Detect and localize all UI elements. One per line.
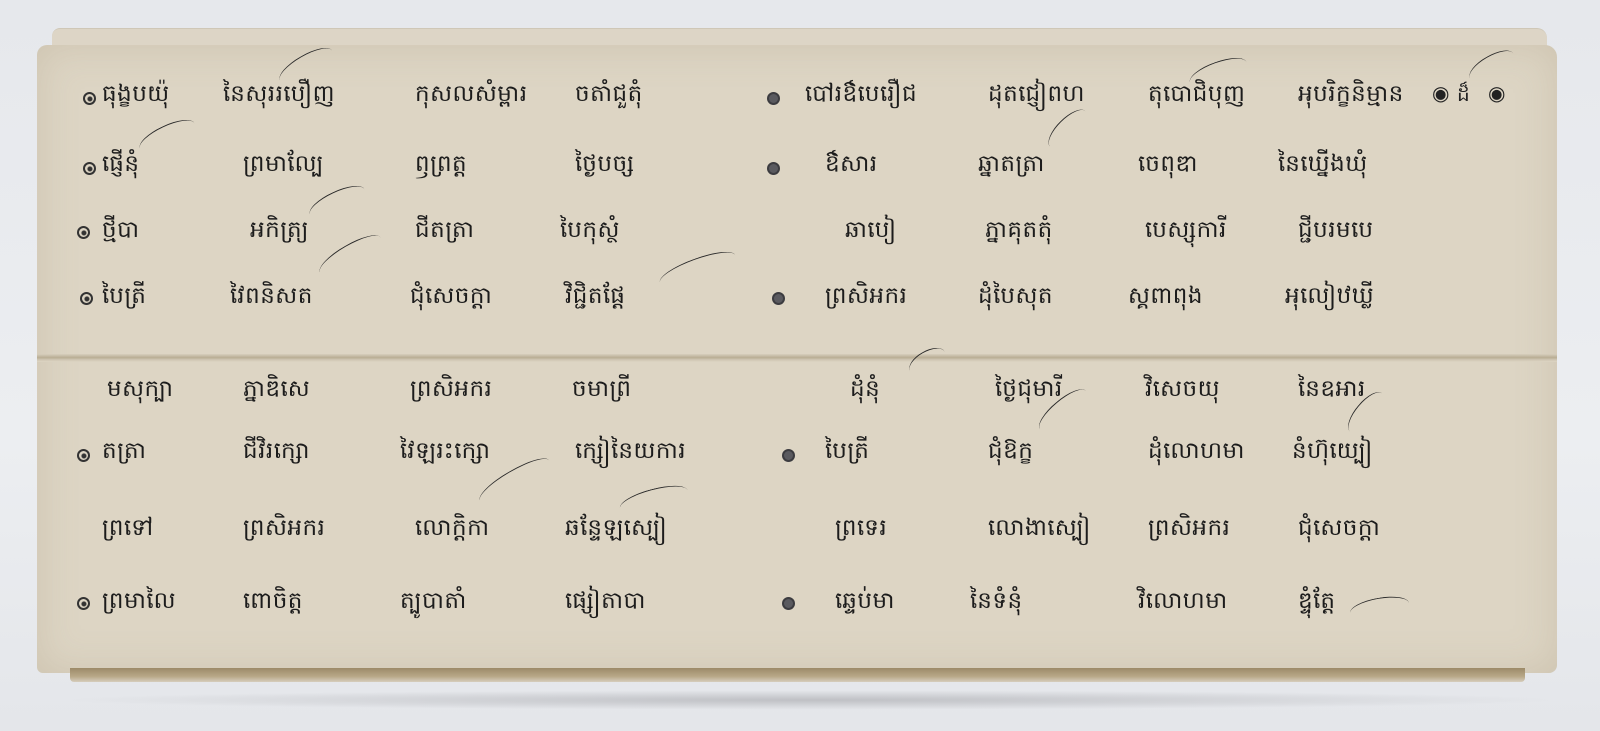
top-panel: ធុង្ខបយ៉ុ នៃសុររបឿញ កុសលសំម្ពារ ចតាំជួតុ…: [60, 58, 1540, 350]
manuscript-word: ក្សៀនៃយការ: [575, 437, 686, 470]
filled-bullet-icon: [767, 162, 780, 175]
manuscript-word: ឆាបៀ: [845, 216, 897, 249]
manuscript-word: ជីតត្រា: [415, 216, 474, 249]
manuscript-word: ជ្ជីបរមបេ: [1298, 216, 1374, 249]
ink-flourish: [1348, 593, 1411, 624]
manuscript-word: ចមាព្រី: [572, 375, 631, 408]
book-bottom-edge: [70, 668, 1525, 682]
manuscript-word: កុសលសំម្ពារ: [415, 80, 528, 113]
hollow-bullet-icon: [80, 292, 93, 305]
manuscript-word: មសុក្បា: [107, 375, 173, 408]
manuscript-word: ធុង្ខបយ៉ុ: [102, 80, 170, 113]
manuscript-word: ដុតជ្ញៀពហ: [988, 80, 1085, 113]
manuscript-word: ភ្នាគុតតុំ: [985, 216, 1053, 249]
table-shadow: [60, 690, 1560, 710]
manuscript-word: ដុំនុំ: [850, 375, 880, 408]
manuscript-word: ព្រសិអករ: [1148, 514, 1230, 547]
manuscript-word: ជុំសេចក្ដា: [410, 282, 492, 315]
manuscript-word: នៃសុររបឿញ: [223, 80, 335, 113]
manuscript-word: ជីវិរក្សោ: [243, 437, 310, 470]
manuscript-word: ដុំបៃសុត: [978, 282, 1053, 315]
filled-bullet-icon: [782, 597, 795, 610]
manuscript-word: ផ្ញើនុំ: [102, 150, 140, 183]
manuscript-word: ឭព្រត្ត: [415, 150, 467, 183]
manuscript-word: បេស្សុការី: [1145, 216, 1227, 249]
manuscript-word: ឌ្ទុំត្ដែ: [1298, 587, 1336, 620]
manuscript-word: វៃពនិសត: [230, 282, 313, 315]
manuscript-word: ព្រសិអករ: [243, 514, 325, 547]
circle-mark-icon: ◉: [1432, 81, 1449, 105]
text-row: ព្រទៅ ព្រសិអករ លោក្តិកា ឆន្ទែឡស្បៀ ព្រទេ…: [60, 510, 1540, 570]
text-row: មសុក្បា ភ្នាឌិសេ ព្រសិអករ ចមាព្រី ដុំនុំ…: [60, 367, 1540, 427]
manuscript-word: បៃកុស្ថំ: [560, 216, 620, 249]
manuscript-word: លោងាស្បៀ: [988, 514, 1091, 547]
bottom-panel: មសុក្បា ភ្នាឌិសេ ព្រសិអករ ចមាព្រី ដុំនុំ…: [60, 365, 1540, 665]
manuscript-word: តត្រា: [102, 437, 146, 470]
manuscript-word: ព្រទៅ: [102, 514, 154, 547]
hollow-bullet-icon: [77, 449, 90, 462]
manuscript-word: អុបរិក្ខនិម្មាន: [1298, 80, 1404, 113]
manuscript-word: ព្រមាល្បែ: [243, 150, 324, 183]
manuscript-word: ស្គពាពុង: [1128, 282, 1203, 315]
manuscript-word: បៃត្រី: [102, 282, 146, 315]
manuscript-word: វិជ្ជិតផ្ដែ: [565, 282, 625, 315]
circle-mark-icon: ◉: [1488, 81, 1505, 105]
manuscript-word: ឆ្នាតត្រា: [978, 150, 1045, 183]
text-row: ព្រមាលៃ ពោចិត្ត ត្បូបាតាំ ផ្សៀតាបា ឆ្ទេប…: [60, 585, 1540, 645]
manuscript-word: អុលៀឋឃ្លី: [1285, 282, 1374, 315]
end-syllable: ដ៏: [1457, 81, 1470, 111]
manuscript-word: ព្រសិអករ: [410, 375, 492, 408]
manuscript-word: ពោចិត្ត: [243, 587, 303, 620]
manuscript-word: ឳសារ: [825, 150, 878, 183]
text-row: តត្រា ជីវិរក្សោ វៃឡរះក្សោ ក្សៀនៃយការ បៃត…: [60, 433, 1540, 493]
hollow-bullet-icon: [83, 92, 96, 105]
text-row: ធុង្ខបយ៉ុ នៃសុររបឿញ កុសលសំម្ពារ ចតាំជួតុ…: [60, 72, 1540, 132]
manuscript-word: ដុំលោហមា: [1148, 437, 1245, 470]
manuscript-word: លោក្តិកា: [415, 514, 490, 547]
manuscript-word: ជុំឱក្ខ: [988, 437, 1033, 470]
manuscript-word: ឆន្ទែឡស្បៀ: [565, 514, 667, 547]
hollow-bullet-icon: [77, 597, 90, 610]
manuscript-word: នៃឧអារ: [1298, 375, 1366, 408]
text-row: ផ្ញើនុំ ព្រមាល្បែ ឭព្រត្ត ថ្ងៃបច្ស ឳសារ …: [60, 144, 1540, 204]
manuscript-word: បៃត្រី: [825, 437, 869, 470]
manuscript-word: វៃឡរះក្សោ: [400, 437, 491, 470]
manuscript-word: ចេពុឌា: [1138, 150, 1198, 183]
manuscript-word: វិសេចយុ: [1145, 375, 1220, 408]
manuscript-word: នំហ៊ុយ្បៀ: [1292, 437, 1373, 470]
filled-bullet-icon: [772, 292, 785, 305]
manuscript-word: ត្បូបាតាំ: [400, 587, 467, 620]
manuscript-word: នៃឃ្នើងឃុំ: [1278, 150, 1368, 183]
manuscript-word: ភ្នាឌិសេ: [243, 375, 310, 408]
manuscript-word: ផ្សៀតាបា: [565, 587, 646, 620]
manuscript-word: ថ្ងៃជុមារី: [995, 375, 1063, 408]
hollow-bullet-icon: [83, 162, 96, 175]
text-row: បៃត្រី វៃពនិសត ជុំសេចក្ដា វិជ្ជិតផ្ដែ ព្…: [60, 280, 1540, 340]
manuscript-word: ជុំសេចក្ដា: [1298, 514, 1380, 547]
manuscript-word: ថ្ងៃបច្ស: [575, 150, 634, 183]
hollow-bullet-icon: [77, 226, 90, 239]
manuscript-word: វិលោហមា: [1138, 587, 1228, 620]
manuscript-word: ថ្មីបា: [102, 216, 140, 249]
center-fold-crease: [37, 354, 1557, 362]
manuscript-word: ចតាំជួតុំ: [575, 80, 643, 113]
manuscript-word: អកិត្រ្យ: [250, 216, 309, 249]
manuscript-word: ព្រមាលៃ: [102, 587, 176, 620]
filled-bullet-icon: [767, 92, 780, 105]
filled-bullet-icon: [782, 449, 795, 462]
manuscript-word: ព្រទេរ: [835, 514, 887, 547]
manuscript-word: នៃទំនុំ: [970, 587, 1023, 620]
text-row: ថ្មីបា អកិត្រ្យ ជីតត្រា បៃកុស្ថំ ឆាបៀ ភ្…: [60, 214, 1540, 274]
manuscript-word: ឆ្ទេប់មា: [835, 587, 895, 620]
manuscript-word: ព្រសិអករ: [825, 282, 907, 315]
manuscript-word: បៅរឳបេរឿជ: [805, 80, 917, 113]
